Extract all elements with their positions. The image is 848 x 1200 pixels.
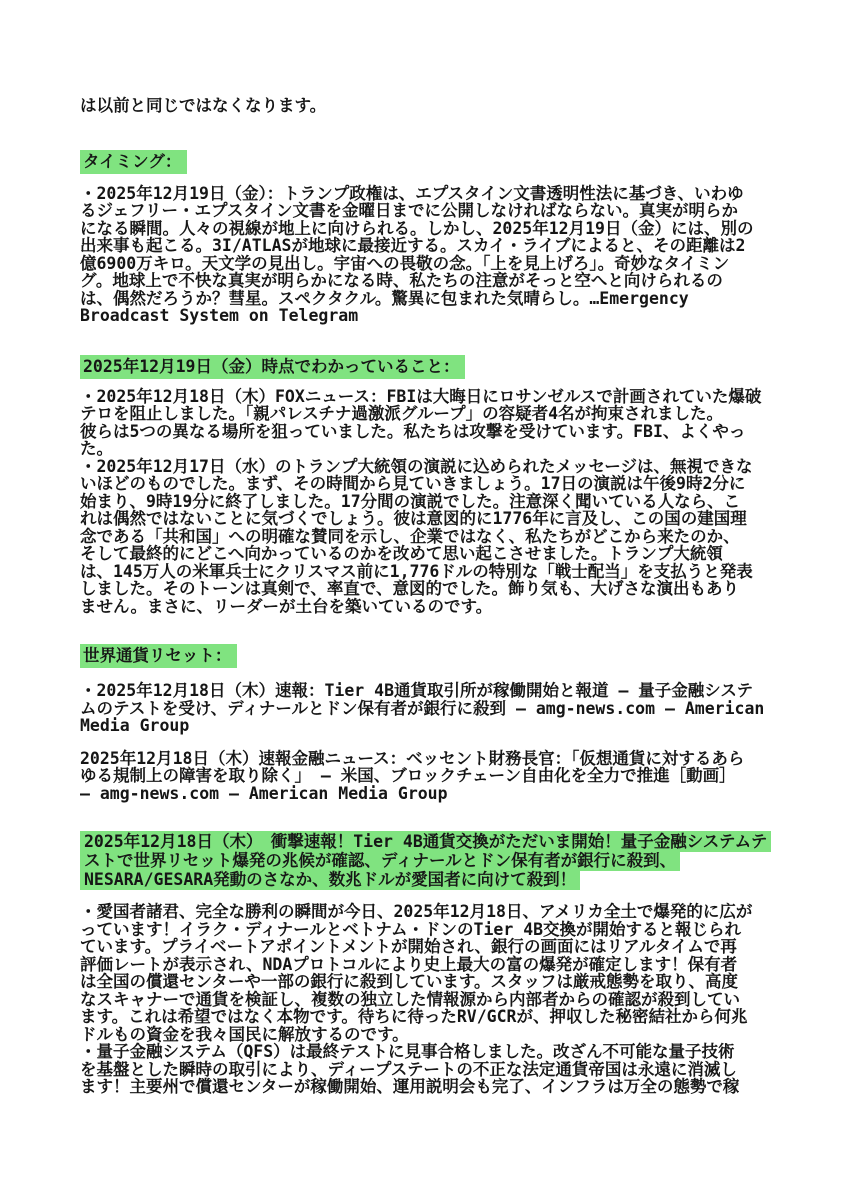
highlighted-heading-text: 2025年12月18日（木） 衝撃速報！Tier 4B通貨交換がただいま開始！量…	[80, 831, 771, 890]
document-page: は以前と同じではなくなります。 タイミング： ・2025年12月19日（金）：ト…	[0, 0, 848, 1200]
paragraph-timing-epstein-comet: ・2025年12月19日（金）：トランプ政権は、エプスタイン文書透明性法に基づき…	[80, 185, 778, 325]
paragraph-tier4b-exchange-report: ・2025年12月18日（木）速報：Tier 4B通貨取引所が稼働開始と報道 —…	[80, 682, 778, 735]
paragraph-fox-news-trump-speech: ・2025年12月18日（木）FOXニュース：FBIは大晦日にロサンゼルスで計画…	[80, 388, 778, 616]
intro-sentence: は以前と同じではなくなります。	[80, 97, 778, 115]
highlighted-heading-text: タイミング：	[80, 150, 187, 174]
highlighted-heading-text: 世界通貨リセット：	[80, 644, 237, 668]
section-heading-shock-bulletin-tier4b: 2025年12月18日（木） 衝撃速報！Tier 4B通貨交換がただいま開始！量…	[80, 832, 778, 889]
section-heading-known-as-of-dec19: 2025年12月19日（金）時点でわかっていること：	[80, 355, 778, 379]
highlighted-heading-text: 2025年12月19日（金）時点でわかっていること：	[80, 355, 465, 379]
section-heading-global-currency-reset: 世界通貨リセット：	[80, 644, 778, 668]
paragraph-bessent-crypto-news: 2025年12月18日（木）速報金融ニュース：ベッセント財務長官：「仮想通貨に対…	[80, 750, 778, 803]
paragraph-patriots-qfs: ・愛国者諸君、完全な勝利の瞬間が今日、2025年12月18日、アメリカ全土で爆発…	[80, 903, 778, 1096]
section-heading-timing: タイミング：	[80, 150, 778, 174]
